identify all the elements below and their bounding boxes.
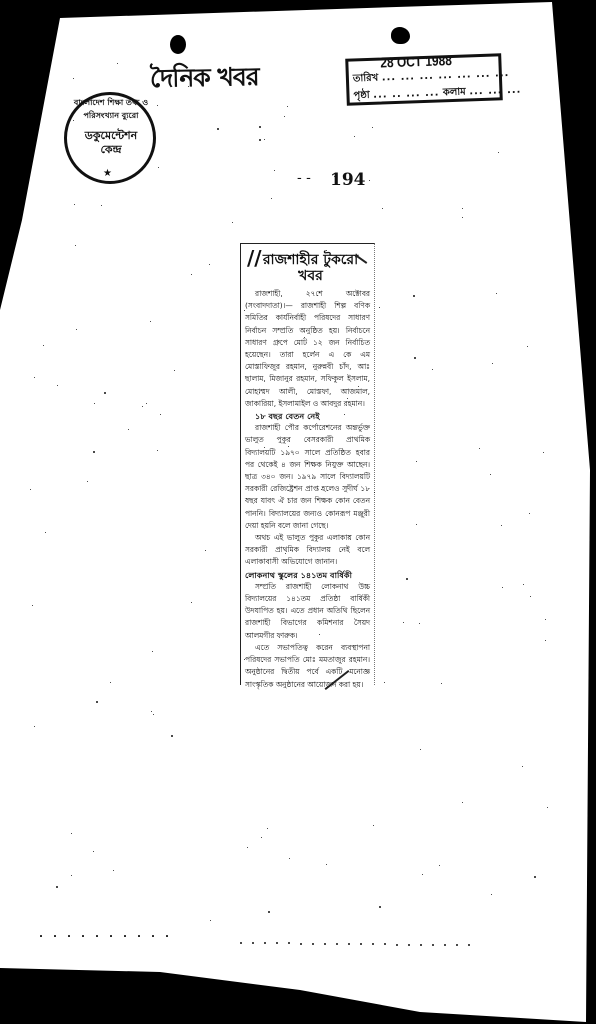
scan-speck (191, 602, 192, 603)
scan-speck (93, 851, 94, 852)
page-number: 194 (330, 170, 366, 190)
newspaper-name: দৈনিক খবর (150, 57, 259, 102)
scan-speck (217, 128, 219, 130)
scan-speck (124, 935, 126, 937)
scan-speck (171, 735, 173, 737)
scan-speck (152, 935, 154, 937)
scan-speck (324, 943, 326, 945)
scan-speck (57, 385, 58, 386)
scan-speck (87, 481, 88, 482)
date-dots: ... ... ... ... ... ... ... (382, 68, 510, 83)
page-dots: ... .. ... ... (373, 87, 440, 100)
headline-line-2: খবর (247, 268, 374, 284)
seal-ring-text: বাংলাদেশ শিক্ষা তথ্য ও পরিসংখ্যান ব্যুরো (71, 97, 151, 123)
page-number-prefix: - - (297, 170, 311, 186)
paragraph-election: রাজশাহী, ২৭শে অক্টোবর (সংবাদদাতা)।— রাজশ… (245, 288, 370, 410)
scan-speck (113, 870, 114, 871)
page-label: পৃষ্ঠা (353, 90, 370, 102)
scan-speck (205, 550, 206, 551)
star-icon: ★ (103, 168, 112, 179)
scan-speck (259, 392, 260, 393)
scan-speck (326, 250, 327, 251)
scan-speck (432, 944, 434, 946)
documentation-seal: বাংলাদেশ শিক্ষা তথ্য ও পরিসংখ্যান ব্যুরো… (64, 92, 156, 184)
scan-speck (444, 944, 446, 946)
scan-speck (157, 105, 158, 106)
scan-speck (312, 943, 314, 945)
scan-speck (420, 944, 422, 946)
scan-speck (76, 329, 77, 330)
scan-speck (191, 274, 192, 275)
scan-speck (40, 935, 42, 937)
scan-speck (96, 935, 98, 937)
scan-speck (408, 944, 410, 946)
date-label: তারিখ (353, 73, 379, 85)
scan-speck (529, 513, 530, 514)
clip-slash-mark: // (247, 248, 262, 268)
scan-speck (30, 489, 31, 490)
scan-speck (101, 205, 102, 206)
scan-speck (153, 714, 154, 715)
scan-speck (379, 906, 381, 908)
subheading-no-salary: ১৮ বছর বেতন নেই (245, 410, 370, 422)
scan-speck (545, 619, 546, 620)
paragraph-school-salary: রাজশাহী পৌর কর্পোরেশনের অন্তর্ভুক্ত ভালু… (245, 422, 370, 532)
scan-speck (82, 935, 84, 937)
scan-speck (150, 321, 151, 322)
paragraph-no-govt-school: অথচ এই ভালুত পুকুর এলাকায় কোন সরকারী প্… (245, 532, 370, 569)
scan-speck (274, 170, 275, 171)
scan-speck (534, 876, 536, 878)
scan-speck (422, 874, 423, 875)
scan-speck (34, 377, 35, 378)
scan-speck (247, 847, 248, 848)
scan-speck (545, 640, 546, 641)
scan-speck (527, 346, 528, 347)
seal-center-line-2: কেন্দ্র (73, 143, 149, 157)
column-label: কলাম (443, 87, 466, 99)
scan-speck (157, 450, 158, 451)
news-clipping: // রাজশাহীর টুকরো খবর রাজশাহী, ২৭শে অক্ট… (240, 243, 375, 685)
date-stamp-box: 28 OCT 1988 তারিখ ... ... ... ... ... ..… (345, 53, 503, 105)
scan-speck (396, 944, 398, 946)
scan-speck (68, 935, 70, 937)
scan-speck (344, 414, 345, 415)
subheading-lokenath-anniversary: লোকনাথ স্কুলের ১৪১তম বার্ষিকী (245, 569, 370, 581)
paragraph-presided: এতে সভাপতিত্ব করেন ব্যবস্থাপনা পরিষদের স… (245, 642, 370, 691)
scan-speck (93, 451, 95, 453)
scan-speck (300, 943, 302, 945)
column-dots: ... ... ... (469, 85, 522, 98)
scan-speck (501, 525, 502, 526)
clipping-body: রাজশাহী, ২৭শে অক্টোবর (সংবাদদাতা)।— রাজশ… (241, 284, 374, 691)
scan-speck (166, 935, 168, 937)
scan-speck (138, 935, 140, 937)
scan-speck (462, 217, 463, 218)
scan-speck (496, 293, 497, 294)
seal-center-line-1: ডকুমেন্টেশন (73, 129, 149, 143)
scan-speck (54, 935, 56, 937)
scan-speck (240, 942, 242, 944)
scan-speck (441, 683, 442, 684)
punch-hole-right (391, 27, 410, 44)
scan-speck (43, 345, 44, 346)
scanned-page: দৈনিক খবর 28 OCT 1988 তারিখ ... ... ... … (0, 0, 596, 1024)
scan-speck (110, 935, 112, 937)
scan-speck (287, 106, 288, 107)
punch-hole-left (170, 35, 186, 54)
scan-speck (117, 63, 118, 64)
scan-speck (261, 837, 262, 838)
scan-speck (336, 943, 338, 945)
paragraph-anniversary: সম্প্রতি রাজশাহী লোকনাথ উচ্চ বিদ্যালয়ের… (245, 581, 370, 642)
scan-speck (319, 634, 320, 635)
seal-center-text: ডকুমেন্টেশন কেন্দ্র (73, 129, 149, 157)
scan-speck (271, 198, 272, 199)
